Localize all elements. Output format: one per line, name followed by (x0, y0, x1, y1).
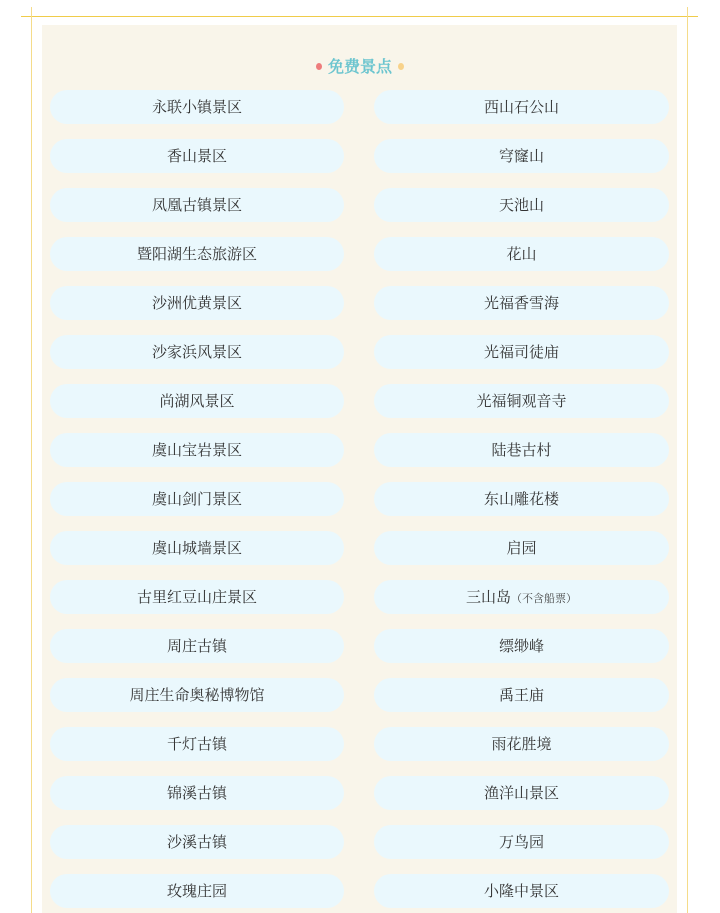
attraction-item: 尚湖风景区 (50, 384, 344, 418)
attraction-item: 虞山宝岩景区 (50, 433, 344, 467)
attraction-item: 西山石公山 (374, 90, 669, 124)
red-dot-icon (316, 63, 322, 70)
attraction-item: 光福香雪海 (374, 286, 669, 320)
attraction-item: 东山雕花楼 (374, 482, 669, 516)
right-border-line (687, 7, 688, 913)
attraction-item: 光福铜观音寺 (374, 384, 669, 418)
attraction-item: 陆巷古村 (374, 433, 669, 467)
attraction-item: 周庄古镇 (50, 629, 344, 663)
attraction-item: 渔洋山景区 (374, 776, 669, 810)
attraction-item: 虞山城墙景区 (50, 531, 344, 565)
attraction-item: 天池山 (374, 188, 669, 222)
attraction-item: 光福司徒庙 (374, 335, 669, 369)
attraction-item: 小隆中景区 (374, 874, 669, 908)
attraction-item: 雨花胜境 (374, 727, 669, 761)
attraction-item: 千灯古镇 (50, 727, 344, 761)
left-border-line (31, 7, 32, 913)
attraction-item: 穹窿山 (374, 139, 669, 173)
attraction-item: 玫瑰庄园 (50, 874, 344, 908)
attraction-item: 缥缈峰 (374, 629, 669, 663)
attraction-name: 三山岛 (466, 588, 511, 606)
attraction-item: 万鸟园 (374, 825, 669, 859)
attraction-item: 启园 (374, 531, 669, 565)
attraction-item: 虞山剑门景区 (50, 482, 344, 516)
attraction-item: 沙溪古镇 (50, 825, 344, 859)
attraction-item: 沙家浜风景区 (50, 335, 344, 369)
attraction-note: （不含船票） (511, 592, 577, 605)
section-title-text: 免费景点 (328, 57, 392, 76)
attraction-item: 花山 (374, 237, 669, 271)
attraction-item: 暨阳湖生态旅游区 (50, 237, 344, 271)
attraction-item: 古里红豆山庄景区 (50, 580, 344, 614)
attraction-item: 沙洲优黄景区 (50, 286, 344, 320)
attraction-item: 香山景区 (50, 139, 344, 173)
attraction-item: 周庄生命奥秘博物馆 (50, 678, 344, 712)
attraction-item: 三山岛（不含船票） (374, 580, 669, 614)
section-title: 免费景点 (0, 56, 720, 78)
attraction-item: 凤凰古镇景区 (50, 188, 344, 222)
top-border-line (21, 16, 698, 17)
attraction-item: 锦溪古镇 (50, 776, 344, 810)
yellow-dot-icon (398, 63, 404, 70)
attraction-item: 永联小镇景区 (50, 90, 344, 124)
attraction-item: 禹王庙 (374, 678, 669, 712)
